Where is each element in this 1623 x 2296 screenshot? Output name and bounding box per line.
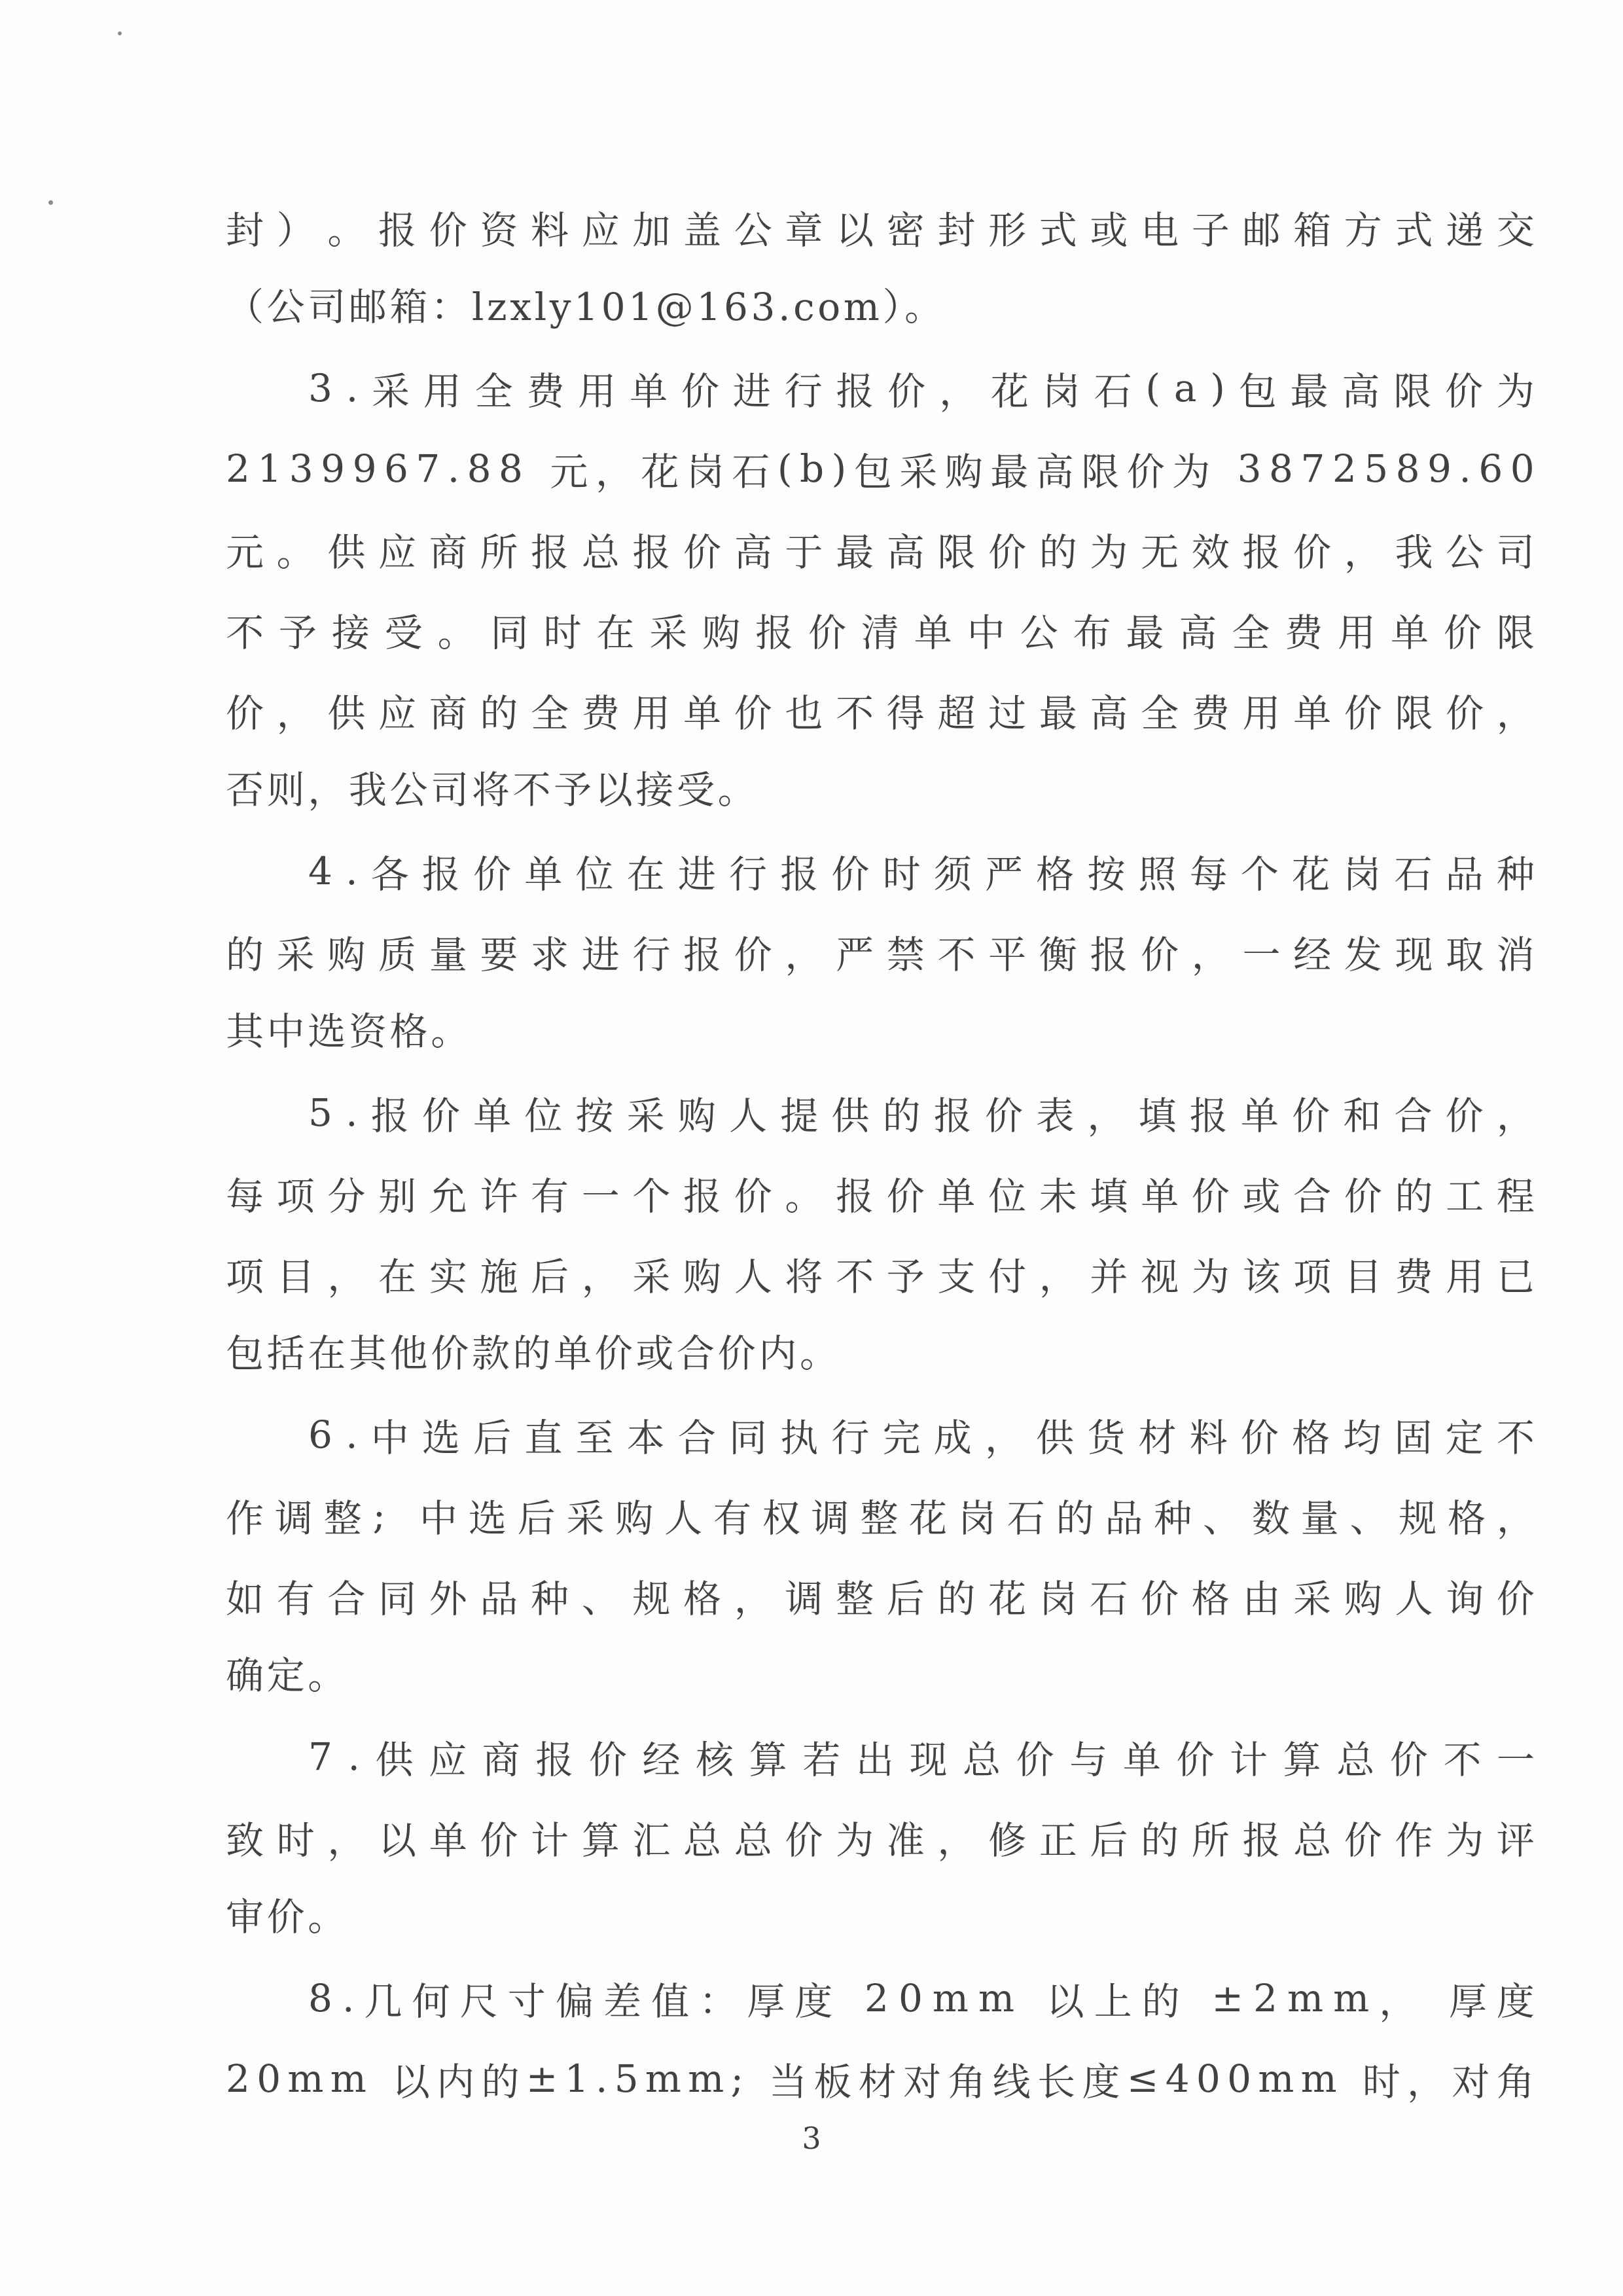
document-line: 2139967.88 元，花岗石(b)包采购最高限价为 3872589.60	[226, 428, 1535, 509]
document-line: 7.供应商报价经核算若出现总价与单价计算总价不一	[226, 1716, 1535, 1797]
document-line: 否则，我公司将不予以接受。	[226, 750, 1535, 831]
document-line: 元。供应商所报总报价高于最高限价的为无效报价，我公司	[226, 509, 1535, 589]
document-line: 作调整; 中选后采购人有权调整花岗石的品种、数量、规格，	[226, 1475, 1535, 1555]
document-line: 如有合同外品种、规格，调整后的花岗石价格由采购人询价	[226, 1555, 1535, 1636]
scan-speck	[48, 200, 53, 205]
document-line: 每项分别允许有一个报价。报价单位未填单价或合价的工程	[226, 1153, 1535, 1233]
document-line: 6.中选后直至本合同执行完成，供货材料价格均固定不	[226, 1394, 1535, 1475]
document-line: （公司邮箱：lzxly101@163.com）。	[226, 267, 1535, 348]
page-number: 3	[0, 2121, 1623, 2156]
document-line: 3.采用全费用单价进行报价，花岗石(a)包最高限价为	[226, 348, 1535, 428]
scan-speck	[118, 31, 122, 35]
document-line: 包括在其他价款的单价或合价内。	[226, 1314, 1535, 1394]
document-line: 20mm 以内的±1.5mm; 当板材对角线长度≤400mm 时，对角	[226, 2038, 1535, 2119]
document-line: 确定。	[226, 1636, 1535, 1716]
document-line: 4.各报价单位在进行报价时须严格按照每个花岗石品种	[226, 831, 1535, 911]
document-body: 封）。报价资料应加盖公章以密封形式或电子邮箱方式递交 （公司邮箱：lzxly10…	[226, 187, 1535, 2119]
document-line: 其中选资格。	[226, 992, 1535, 1072]
document-page: 封）。报价资料应加盖公章以密封形式或电子邮箱方式递交 （公司邮箱：lzxly10…	[0, 0, 1623, 2296]
document-line: 的采购质量要求进行报价，严禁不平衡报价，一经发现取消	[226, 911, 1535, 992]
document-line: 致时，以单价计算汇总总价为准，修正后的所报总价作为评	[226, 1797, 1535, 1877]
document-line: 5.报价单位按采购人提供的报价表，填报单价和合价，	[226, 1072, 1535, 1153]
document-line: 审价。	[226, 1877, 1535, 1958]
document-line: 价，供应商的全费用单价也不得超过最高全费用单价限价，	[226, 670, 1535, 750]
document-line: 8.几何尺寸偏差值：厚度 20mm 以上的 ±2mm， 厚度	[226, 1958, 1535, 2038]
document-line: 项目，在实施后，采购人将不予支付，并视为该项目费用已	[226, 1233, 1535, 1314]
document-line: 封）。报价资料应加盖公章以密封形式或电子邮箱方式递交	[226, 187, 1535, 267]
document-line: 不予接受。同时在采购报价清单中公布最高全费用单价限	[226, 589, 1535, 670]
